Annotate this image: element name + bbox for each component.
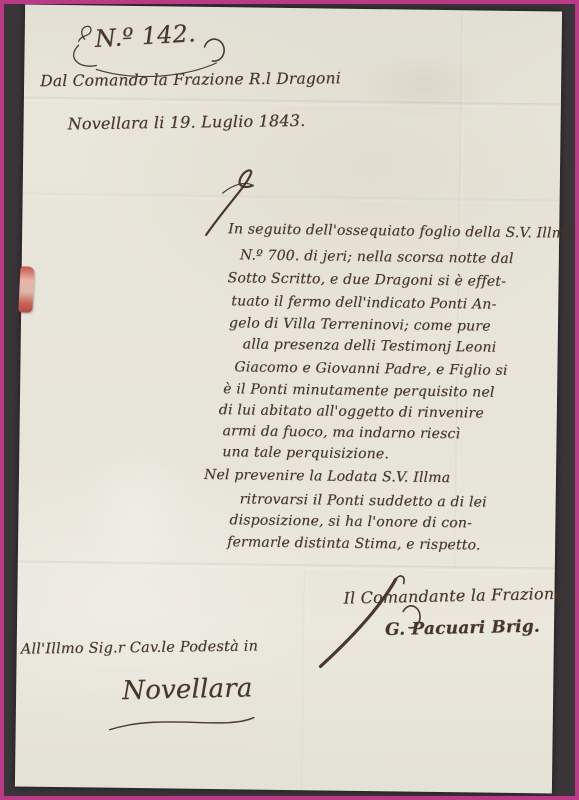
closing-title: Il Comandante la Frazione	[343, 584, 564, 608]
fold-crease	[18, 560, 555, 573]
body-line: In seguito dell'ossequiato foglio della …	[228, 221, 574, 242]
photo-of-letter: N.º 142. Dal Comando la Frazione R.l Dra…	[0, 0, 579, 800]
body-line: gelo di Villa Terreninovi; come pure	[229, 315, 491, 334]
body-line: è il Ponti minutamente perquisito nel	[223, 381, 495, 401]
body-line: Sotto Scritto, e due Dragoni si è effet-	[227, 270, 506, 290]
letter-paper: N.º 142. Dal Comando la Frazione R.l Dra…	[15, 5, 562, 794]
dark-backdrop: N.º 142. Dal Comando la Frazione R.l Dra…	[4, 4, 575, 796]
fold-crease	[454, 10, 466, 570]
body-line: di lui abitato all'oggetto di rinvenire	[219, 402, 484, 421]
letter-number: N.º 142.	[94, 19, 196, 53]
fold-crease	[23, 193, 560, 206]
body-line: ritrovarsi il Ponti suddetto a di lei	[240, 491, 487, 510]
body-line: armi da fuoco, ma indarno riescì	[222, 423, 460, 442]
body-line: Nel prevenire la Lodata S.V. Illma	[204, 467, 450, 486]
body-line: alla presenza delli Testimonj Leoni	[243, 336, 497, 355]
body-line: N.º 700. di jeri; nella scorsa notte dal	[240, 247, 514, 267]
body-line: Giacomo e Giovanni Padre, e Figlio si	[234, 359, 507, 379]
dateline: Novellara li 19. Luglio 1843.	[67, 111, 305, 134]
address-line-1: All'Illmo Sig.r Cav.le Podestà in	[21, 639, 259, 658]
paper-stain	[78, 425, 200, 587]
fold-crease	[24, 97, 561, 110]
wax-seal-remnant	[18, 266, 34, 313]
sender-line: Dal Comando la Frazione R.l Dragoni	[40, 69, 341, 90]
signature: G. Pacuari Brig.	[385, 617, 540, 640]
body-line: disposizione, si ha l'onore di con-	[229, 512, 472, 531]
body-line: una tale perquisizione.	[222, 444, 389, 462]
body-line: tuato il fermo dell'indicato Ponti An-	[231, 293, 496, 312]
paper-stain	[354, 49, 495, 121]
address-underline-flourish	[104, 710, 264, 738]
body-line: fermarle distinta Stima, e rispetto.	[227, 534, 481, 553]
fold-crease	[301, 568, 309, 790]
address-line-2: Novellara	[122, 673, 253, 706]
